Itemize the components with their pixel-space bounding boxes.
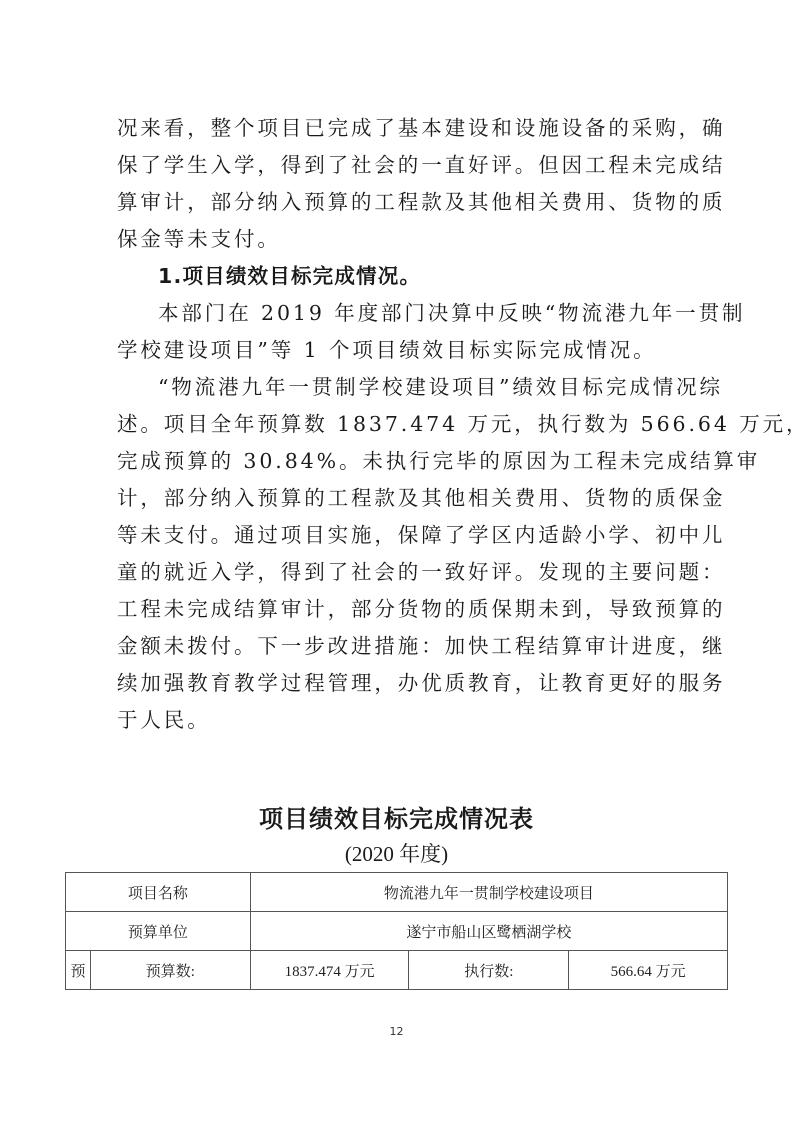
side-label: 预: [66, 951, 91, 990]
body-line-2: 保了学生入学，得到了社会的一直好评。但因工程未完成结: [117, 153, 687, 177]
table-row-project-name: 项目名称 物流港九年一贯制学校建设项目: [66, 873, 728, 912]
table-row-budget-amounts: 预 预算数: 1837.474 万元 执行数: 566.64 万元: [66, 951, 728, 990]
budget-unit-value: 遂宁市船山区鹭栖湖学校: [250, 912, 727, 951]
body-line-4: 保金等未支付。: [117, 227, 687, 251]
page-number: 12: [0, 1025, 793, 1038]
paragraph3-line-10: 于人民。: [117, 708, 687, 732]
paragraph3-line-9: 续加强教育教学过程管理，办优质教育，让教育更好的服务: [117, 671, 687, 695]
table-row-budget-unit: 预算单位 遂宁市船山区鹭栖湖学校: [66, 912, 728, 951]
budget-amount-label: 预算数:: [90, 951, 250, 990]
paragraph3-line-1: “物流港九年一贯制学校建设项目”绩效目标完成情况综: [158, 375, 688, 399]
project-name-label: 项目名称: [66, 873, 251, 912]
body-line-1: 况来看，整个项目已完成了基本建设和设施设备的采购，确: [117, 116, 687, 140]
paragraph3-line-6: 童的就近入学，得到了社会的一致好评。发现的主要问题：: [117, 560, 687, 584]
paragraph3-line-2: 述。项目全年预算数 1837.474 万元，执行数为 566.64 万元，: [117, 412, 687, 436]
paragraph2-line-2: 学校建设项目”等 1 个项目绩效目标实际完成情况。: [117, 338, 687, 362]
table-subtitle: (2020 年度): [0, 838, 793, 868]
performance-table: 项目名称 物流港九年一贯制学校建设项目 预算单位 遂宁市船山区鹭栖湖学校 预 预…: [65, 872, 728, 990]
section-heading: 1.项目绩效目标完成情况。: [158, 264, 688, 288]
paragraph3-line-8: 金额未拨付。下一步改进措施：加快工程结算审计进度，继: [117, 634, 687, 658]
executed-value: 566.64 万元: [569, 951, 728, 990]
paragraph3-line-7: 工程未完成结算审计，部分货物的质保期未到，导致预算的: [117, 597, 687, 621]
paragraph3-line-4: 计，部分纳入预算的工程款及其他相关费用、货物的质保金: [117, 486, 687, 510]
project-name-value: 物流港九年一贯制学校建设项目: [250, 873, 727, 912]
document-page: 况来看，整个项目已完成了基本建设和设施设备的采购，确 保了学生入学，得到了社会的…: [0, 0, 793, 1122]
budget-amount-value: 1837.474 万元: [250, 951, 409, 990]
table-title: 项目绩效目标完成情况表: [0, 799, 793, 834]
paragraph3-line-5: 等未支付。通过项目实施，保障了学区内适龄小学、初中儿: [117, 523, 687, 547]
paragraph3-line-3: 完成预算的 30.84%。未执行完毕的原因为工程未完成结算审: [117, 449, 687, 473]
body-line-3: 算审计，部分纳入预算的工程款及其他相关费用、货物的质: [117, 190, 687, 214]
paragraph2-line-1: 本部门在 2019 年度部门决算中反映“物流港九年一贯制: [158, 301, 688, 325]
budget-unit-label: 预算单位: [66, 912, 251, 951]
executed-label: 执行数:: [409, 951, 569, 990]
